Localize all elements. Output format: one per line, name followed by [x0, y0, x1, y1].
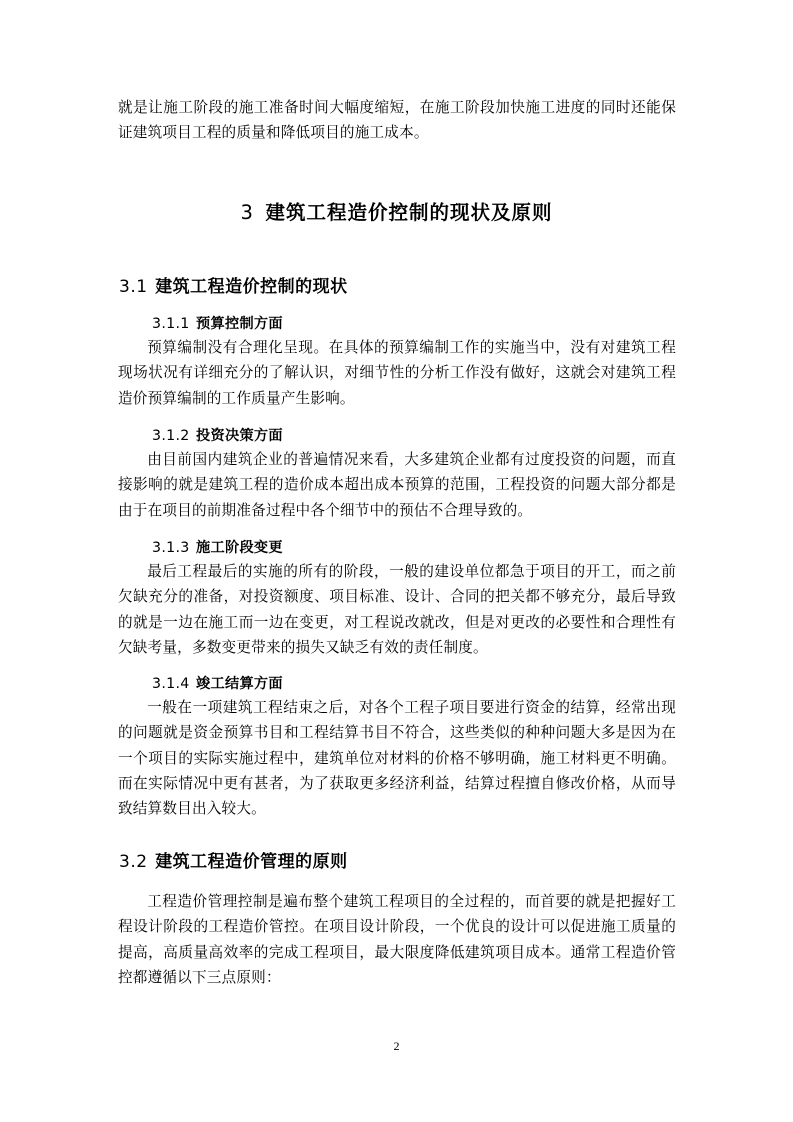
- subsection-paragraph: 预算编制没有合理化呈现。在具体的预算编制工作的实施当中，没有对建筑工程现场状况有…: [118, 335, 676, 411]
- subsection-paragraph: 一般在一项建筑工程结束之后，对各个工程子项目要进行资金的结算，经常出现的问题就是…: [118, 695, 676, 821]
- subsection-title: 投资决策方面: [196, 428, 283, 444]
- section-heading-3-2: 3.2建筑工程造价管理的原则: [119, 847, 348, 872]
- chapter-title-text: 建筑工程造价控制的现状及原则: [266, 201, 553, 224]
- section-title: 建筑工程造价管理的原则: [155, 852, 348, 872]
- page-number: 2: [0, 1039, 793, 1054]
- subsection-number: 3.1.1: [152, 316, 190, 332]
- subsection-title: 施工阶段变更: [196, 540, 283, 556]
- intro-paragraph: 就是让施工阶段的施工准备时间大幅度缩短，在施工阶段加快施工进度的同时还能保证建筑…: [118, 95, 676, 146]
- subsection-title: 预算控制方面: [196, 316, 283, 332]
- subsection-heading-3-1-4: 3.1.4竣工结算方面: [152, 673, 283, 693]
- subsection-heading-3-1-2: 3.1.2投资决策方面: [152, 425, 283, 445]
- subsection-number: 3.1.3: [152, 540, 190, 556]
- subsection-heading-3-1-1: 3.1.1预算控制方面: [152, 313, 283, 333]
- document-page: 就是让施工阶段的施工准备时间大幅度缩短，在施工阶段加快施工进度的同时还能保证建筑…: [0, 0, 793, 1122]
- subsection-number: 3.1.4: [152, 676, 190, 692]
- chapter-number: 3: [240, 201, 253, 224]
- subsection-paragraph: 由目前国内建筑企业的普遍情况来看，大多建筑企业都有过度投资的问题，而直接影响的就…: [118, 447, 676, 523]
- chapter-title: 3建筑工程造价控制的现状及原则: [0, 197, 793, 225]
- section-number: 3.1: [119, 277, 148, 297]
- section-paragraph: 工程造价管理控制是遍布整个建筑工程项目的全过程的，而首要的就是把握好工程设计阶段…: [118, 889, 676, 990]
- section-heading-3-1: 3.1建筑工程造价控制的现状: [119, 272, 348, 297]
- subsection-heading-3-1-3: 3.1.3施工阶段变更: [152, 537, 283, 557]
- subsection-paragraph: 最后工程最后的实施的所有的阶段，一般的建设单位都急于项目的开工，而之前欠缺充分的…: [118, 559, 676, 660]
- section-number: 3.2: [119, 852, 148, 872]
- section-title: 建筑工程造价控制的现状: [155, 277, 348, 297]
- subsection-title: 竣工结算方面: [196, 676, 283, 692]
- subsection-number: 3.1.2: [152, 428, 190, 444]
